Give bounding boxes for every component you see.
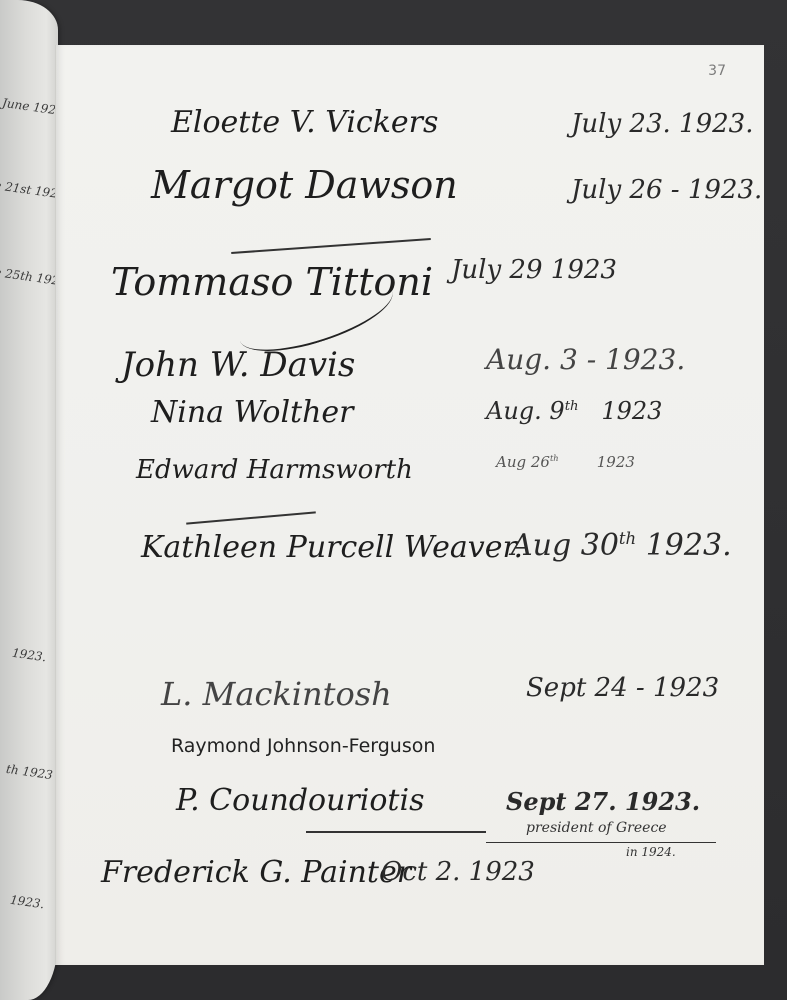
date-suffix: th	[550, 453, 559, 463]
entry-date: Sept 27. 1923.	[506, 787, 700, 816]
date-suffix: th	[565, 399, 579, 414]
signature: Margot Dawson	[151, 163, 458, 207]
signature-entry: P. Coundouriotis	[176, 783, 424, 818]
date-year: 1923	[597, 453, 635, 471]
entry-date: July 29 1923	[451, 255, 617, 285]
signature: Eloette V. Vickers	[171, 105, 438, 140]
annotation-note: president of Greece	[526, 820, 667, 836]
date-day: Aug. 9	[486, 397, 565, 425]
signature: P. Coundouriotis	[176, 783, 424, 818]
entry-date: Aug 30th 1923.	[511, 528, 732, 563]
date-day: Aug 26	[496, 453, 550, 471]
entry-date: July 26 - 1923.	[571, 175, 762, 205]
signature-entry: Kathleen Purcell Weaver.	[141, 530, 523, 565]
left-page-curled: June 1923 e 21st 1923 e 25th 1923 1923. …	[0, 0, 58, 1000]
date-year: 1923	[601, 397, 662, 425]
signature-entry: L. Mackintosh	[161, 675, 392, 713]
left-page-fragment: 1923.	[9, 893, 45, 912]
page-number: 37	[708, 63, 726, 79]
date-suffix: th	[619, 529, 636, 548]
date-year: 1923.	[646, 528, 732, 563]
signature-entry: Nina Wolther	[151, 395, 354, 430]
entry-date: Aug 26th 1923	[496, 453, 635, 471]
signature: Frederick G. Painter	[101, 855, 411, 890]
signature-entry: Margot Dawson	[151, 163, 458, 207]
left-page-fragment: th 1923	[5, 762, 53, 782]
entry-date: July 23. 1923.	[571, 109, 753, 139]
left-page-fragment: June 1923	[1, 96, 58, 118]
entry-date: Oct 2. 1923	[381, 857, 535, 887]
entry-date: Aug. 3 - 1923.	[486, 343, 685, 376]
annotation-note: in 1924.	[626, 845, 676, 859]
signature-entry: Edward Harmsworth	[136, 455, 413, 485]
entry-date: Sept 24 - 1923	[526, 673, 719, 703]
signature: Kathleen Purcell Weaver.	[141, 530, 523, 565]
signature-entry: Eloette V. Vickers	[171, 105, 438, 140]
signature-underline	[231, 238, 431, 254]
date-day: Aug 30	[511, 528, 619, 563]
signature: Nina Wolther	[151, 395, 354, 430]
signature-entry: Frederick G. Painter	[101, 855, 411, 890]
signature-underline	[186, 511, 316, 524]
entry-date: Aug. 9th 1923	[486, 397, 662, 425]
left-page-fragment: 1923.	[11, 646, 47, 665]
signature-entry: John W. Davis	[121, 345, 355, 385]
left-page-fragment: e 21st 1923	[0, 178, 58, 202]
printed-signature: Raymond Johnson-Ferguson	[171, 735, 435, 757]
left-page-fragment: e 25th 1923	[0, 265, 58, 289]
signature: L. Mackintosh	[161, 675, 392, 713]
signature: Edward Harmsworth	[136, 455, 413, 485]
signature: John W. Davis	[121, 345, 355, 385]
autograph-page: 37 Eloette V. Vickers July 23. 1923. Mar…	[55, 45, 764, 965]
note-underline	[486, 842, 716, 843]
signature-underline	[306, 831, 486, 833]
